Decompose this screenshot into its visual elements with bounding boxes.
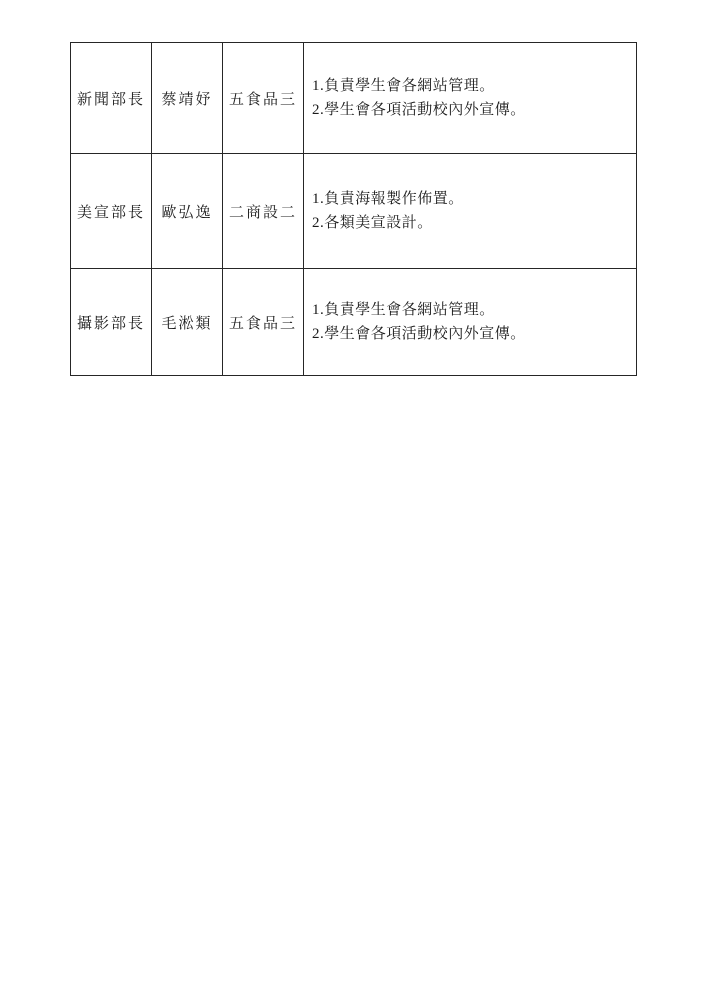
table-row: 攝影部長 毛淞類 五食品三 1.負責學生會各網站管理。 2.學生會各項活動校內外…	[71, 269, 637, 376]
duty-line: 2.各類美宣設計。	[312, 211, 630, 235]
table-row: 新聞部長 蔡靖妤 五食品三 1.負責學生會各網站管理。 2.學生會各項活動校內外…	[71, 43, 637, 154]
class-cell: 二商設二	[223, 154, 304, 269]
table-row: 美宣部長 歐弘逸 二商設二 1.負責海報製作佈置。 2.各類美宣設計。	[71, 154, 637, 269]
position-cell: 攝影部長	[71, 269, 152, 376]
name-cell: 歐弘逸	[152, 154, 223, 269]
staff-roster-table: 新聞部長 蔡靖妤 五食品三 1.負責學生會各網站管理。 2.學生會各項活動校內外…	[70, 42, 637, 376]
class-cell: 五食品三	[223, 43, 304, 154]
position-cell: 新聞部長	[71, 43, 152, 154]
duty-line: 2.學生會各項活動校內外宣傳。	[312, 322, 630, 346]
duties-cell: 1.負責學生會各網站管理。 2.學生會各項活動校內外宣傳。	[304, 43, 637, 154]
name-cell: 毛淞類	[152, 269, 223, 376]
class-cell: 五食品三	[223, 269, 304, 376]
duties-cell: 1.負責海報製作佈置。 2.各類美宣設計。	[304, 154, 637, 269]
duty-line: 2.學生會各項活動校內外宣傳。	[312, 98, 630, 122]
duty-line: 1.負責學生會各網站管理。	[312, 298, 630, 322]
name-cell: 蔡靖妤	[152, 43, 223, 154]
duties-cell: 1.負責學生會各網站管理。 2.學生會各項活動校內外宣傳。	[304, 269, 637, 376]
position-cell: 美宣部長	[71, 154, 152, 269]
document-page: 新聞部長 蔡靖妤 五食品三 1.負責學生會各網站管理。 2.學生會各項活動校內外…	[0, 0, 707, 1000]
duty-line: 1.負責學生會各網站管理。	[312, 74, 630, 98]
duty-line: 1.負責海報製作佈置。	[312, 187, 630, 211]
